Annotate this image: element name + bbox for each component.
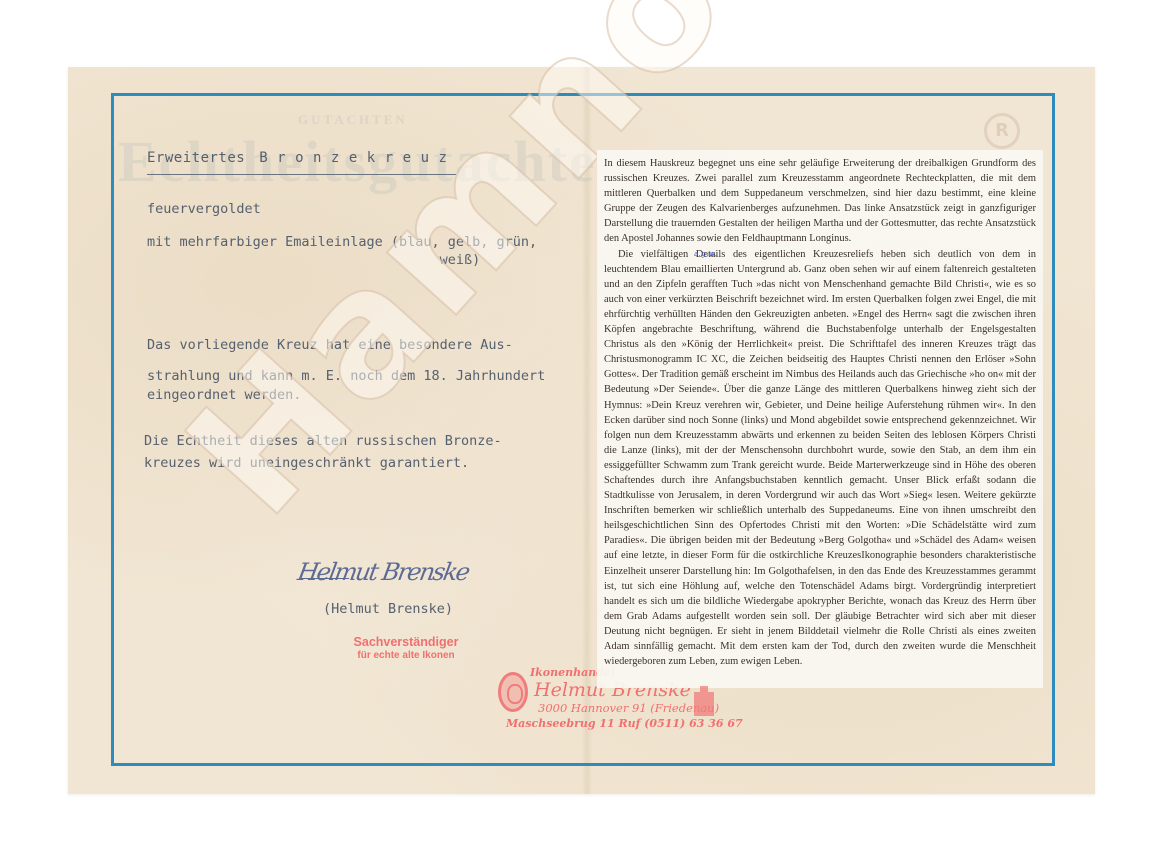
expert-stamp: Sachverständiger für echte alte Ikonen — [336, 635, 476, 661]
typed-line-finish: feuervergoldet — [147, 198, 261, 220]
address-stamp-street-phone: Maschseebrug 11 Ruf (0511) 63 36 67 — [506, 717, 743, 730]
handwritten-signature: Helmut Brenske — [296, 558, 471, 586]
printed-description-insert: In diesem Hauskreuz begegnet uns eine se… — [597, 150, 1043, 688]
printed-signatory-name: (Helmut Brenske) — [323, 601, 453, 617]
expert-stamp-title: Sachverständiger — [336, 635, 476, 649]
handwritten-annotation: a.g.w. — [694, 250, 718, 258]
heading-word-1: Erweitertes — [147, 150, 245, 166]
signature-stroke — [301, 578, 349, 579]
description-paragraph-2: Die vielfältigen Details des eigentliche… — [604, 247, 1036, 670]
description-paragraph-1: In diesem Hauskreuz begegnet uns eine se… — [604, 156, 1036, 247]
registered-mark-icon: R — [984, 113, 1020, 149]
expert-stamp-subtitle: für echte alte Ikonen — [336, 650, 476, 661]
icon-seal-stamp-icon — [498, 672, 528, 712]
